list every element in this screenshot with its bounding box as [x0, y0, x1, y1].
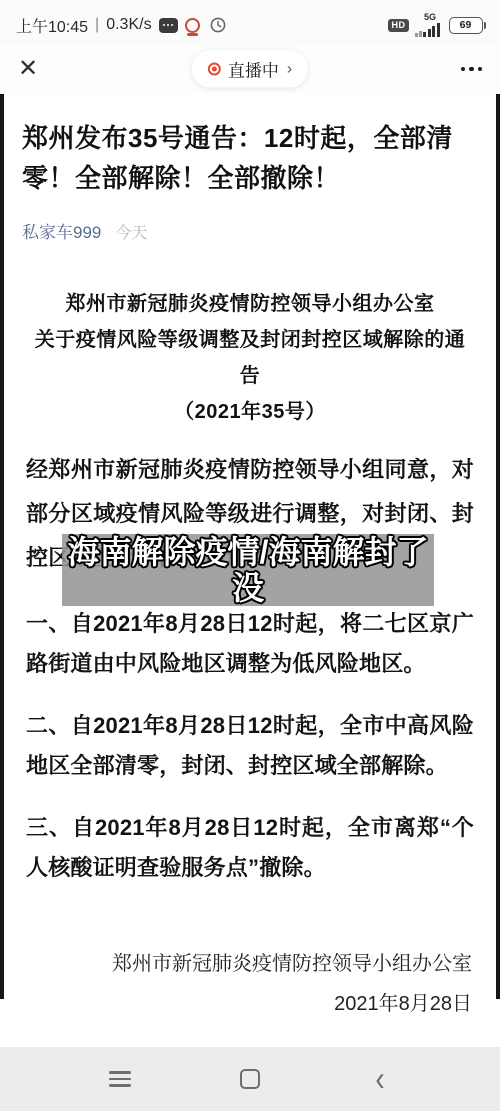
- notice-heading-line1: 郑州市新冠肺炎疫情防控领导小组办公室: [28, 286, 472, 322]
- chevron-right-icon: ›: [287, 60, 292, 78]
- battery-icon: 69: [449, 17, 487, 34]
- live-badge[interactable]: 直播中 ›: [192, 51, 308, 88]
- sms-icon: [159, 18, 178, 33]
- signature-org: 郑州市新冠肺炎疫情防控领导小组办公室: [0, 944, 472, 984]
- alarm-icon: [185, 18, 200, 33]
- battery-percent: 69: [449, 17, 483, 34]
- home-icon[interactable]: [226, 1055, 274, 1103]
- hd-badge: HD: [388, 19, 409, 32]
- signature-date: 2021年8月28日: [0, 984, 472, 1024]
- status-bar: 上午10:45 | 0.3K/s HD 5G: [0, 0, 500, 44]
- image-left-border: [0, 94, 4, 999]
- notice-heading: 郑州市新冠肺炎疫情防控领导小组办公室 关于疫情风险等级调整及封闭封控区域解除的通…: [28, 286, 472, 430]
- separator: |: [95, 16, 99, 34]
- network-type-label: 5G: [424, 13, 436, 22]
- author-link[interactable]: 私家车999: [22, 218, 101, 243]
- live-dot-icon: [208, 63, 221, 76]
- close-icon[interactable]: ✕: [18, 57, 38, 81]
- notice-heading-number: （2021年35号）: [28, 394, 472, 430]
- back-icon[interactable]: ‹: [356, 1049, 404, 1109]
- image-right-border: [496, 94, 500, 999]
- article-body: 郑州发布35号通告：12时起，全部清零！全部解除！全部撤除！ 私家车999 今天…: [0, 94, 500, 1047]
- phone-screen: 上午10:45 | 0.3K/s HD 5G: [0, 0, 500, 1111]
- signal-icon: 5G: [415, 13, 440, 37]
- schedule-clock-icon: [210, 17, 226, 33]
- notice-heading-line2: 关于疫情风险等级调整及封闭封控区域解除的通告: [28, 322, 472, 394]
- notice-item-2: 二、自2021年8月28日12时起，全市中高风险地区全部清零，封闭、封控区域全部…: [26, 706, 474, 786]
- byline: 私家车999 今天: [22, 218, 478, 244]
- live-label: 直播中: [228, 57, 279, 82]
- publish-date: 今天: [115, 220, 147, 243]
- recents-icon[interactable]: [96, 1055, 144, 1103]
- clock-time: 上午10:45: [16, 14, 88, 37]
- android-nav-bar: ‹: [0, 1047, 500, 1111]
- watermark-overlay: 海南解除疫情/海南解封了没: [62, 534, 434, 606]
- notice-signature: 郑州市新冠肺炎疫情防控领导小组办公室 2021年8月28日: [0, 944, 472, 1024]
- more-icon[interactable]: [461, 61, 483, 78]
- watermark-text: 海南解除疫情/海南解封了没: [62, 534, 434, 606]
- network-speed: 0.3K/s: [106, 16, 151, 34]
- app-header: ✕ 直播中 ›: [0, 44, 500, 94]
- article-title: 郑州发布35号通告：12时起，全部清零！全部解除！全部撤除！: [22, 118, 478, 198]
- notice-item-3: 三、自2021年8月28日12时起，全市离郑“个人核酸证明查验服务点”撤除。: [26, 808, 474, 888]
- notice-item-1: 一、自2021年8月28日12时起，将二七区京广路街道由中风险地区调整为低风险地…: [26, 604, 474, 684]
